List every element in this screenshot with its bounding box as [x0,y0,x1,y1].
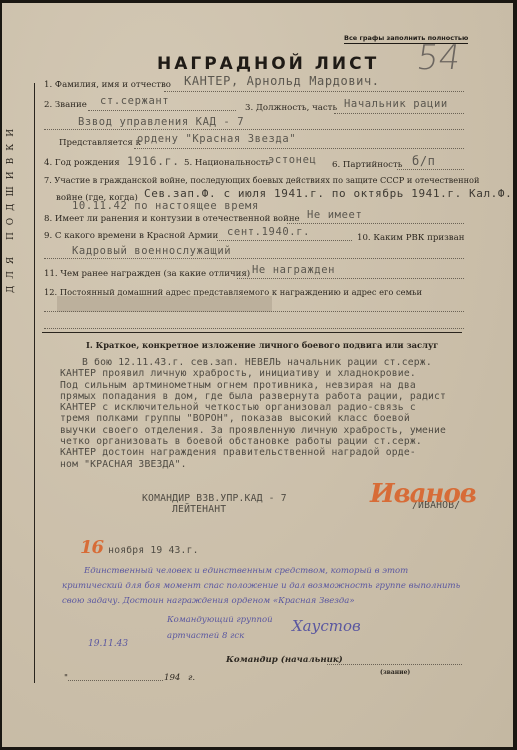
citation-text: В бою 12.11.43.г. сев.зап. НЕВЕЛЬ началь… [60,357,446,470]
citation-line: КАНТЕР проявил личную храбрость, инициат… [60,368,446,379]
citation-line: тремя полками группы "ВОРОН", показав вы… [60,413,446,424]
date-day: 16 [80,537,103,558]
resolution-text: Единственный человек и единственным сред… [84,564,460,609]
signature-ivanov: Иванов [370,479,476,509]
field-4-birth-year: 1916.г. [127,154,180,168]
citation-line: Под сильным артминометным огнем противни… [60,380,446,391]
citation-line: ном "КРАСНАЯ ЗВЕЗДА". [60,459,446,470]
award-sheet: ДЛЯ ПОДШИВКИ Все графы заполнить полност… [2,3,513,747]
field-10-rvk: Кадровый военнослужащий [72,245,231,257]
field-8-wounds: Не имеет [307,209,362,221]
signer-title: КОМАНДИР ВЗВ.УПР.КАД - 7 [142,493,287,504]
pencil-number-mark: 54 [414,38,463,78]
field-7-service-1: Сев.зап.Ф. с июля 1941.г. по октябрь 194… [144,187,517,200]
rank-caption: (звание) [380,669,410,676]
resolution-line: критический для боя момент спас положени… [62,579,460,594]
presented-for-label: Представляется к [59,138,141,148]
field-8-label: 8. Имеет ли ранения и контузии в отечест… [44,214,300,224]
citation-line: КАНТЕР достоин награждения правительстве… [60,447,446,458]
resolution-signer-title: Командующий группой [167,615,273,625]
commander-label: Командир (начальник) [226,655,343,665]
field-5-label: 5. Национальность [184,158,270,168]
field-2-label: 2. Звание [44,100,87,110]
redacted-address [57,296,272,312]
date-blank-year: 194 [164,673,180,683]
signer-rank: ЛЕЙТЕНАНТ [172,504,226,515]
field-11-previous-awards: Не награжден [252,264,335,276]
field-10-label: 10. Каким РВК призван [357,233,465,243]
field-5-nationality: эстонец [268,154,316,166]
date-blank-suffix: г. [188,673,195,683]
section-divider [42,332,462,333]
section-1-heading: I. Краткое, конкретное изложение личного… [86,340,438,350]
field-6-party: б/п [412,154,435,168]
field-1-fullname: КАНТЕР, Арнольд Мардович. [184,74,380,88]
resolution-line: свою задачу. Достоин награждения орденом… [62,594,460,609]
document-title: НАГРАДНОЙ ЛИСТ [157,54,379,74]
citation-line: выучки своего отделения. За проявленную … [60,425,446,436]
resolution-date: 19.11.43 [88,639,128,649]
field-7-label: 7. Участие в гражданской войне, последую… [44,175,479,185]
binding-margin-label: ДЛЯ ПОДШИВКИ [6,122,16,293]
resolution-signer-unit: артчастей 8 гск [167,631,244,641]
citation-line: прямых попадания в дом, где была разверн… [60,391,446,402]
date-blank-quote: " [64,673,68,683]
resolution-signature: Хаустов [292,617,361,635]
field-7-service-2: 10.11.42 по настоящее время [72,200,259,212]
field-3-position: Начальник рации [344,98,448,110]
field-11-label: 11. Чем ранее награжден (за какие отличи… [44,269,250,279]
citation-line: В бою 12.11.43.г. сев.зап. НЕВЕЛЬ началь… [60,357,446,368]
citation-date: 16 ноября 19 43.г. [80,537,199,558]
field-3-unit: Взвод управления КАД - 7 [78,116,244,128]
presented-for-award: ордену "Красная Звезда" [137,133,296,145]
field-2-rank: ст.сержант [100,95,169,107]
citation-line: КАНТЕР с исключительной четкостью органи… [60,402,446,413]
field-1-label: 1. Фамилия, имя и отчество [44,80,171,90]
field-6-label: 6. Партийность [332,160,402,170]
date-month-year: ноября 19 43.г. [108,545,199,556]
field-9-label: 9. С какого времени в Красной Армии [44,231,218,241]
field-4-label: 4. Год рождения [44,158,120,168]
field-9-army-since: сент.1940.г. [227,226,310,238]
citation-line: четко организовать в боевой обстановке р… [60,436,446,447]
resolution-line: Единственный человек и единственным сред… [84,564,460,579]
field-3-label: 3. Должность, часть [245,103,337,113]
binding-margin-line [34,83,35,683]
